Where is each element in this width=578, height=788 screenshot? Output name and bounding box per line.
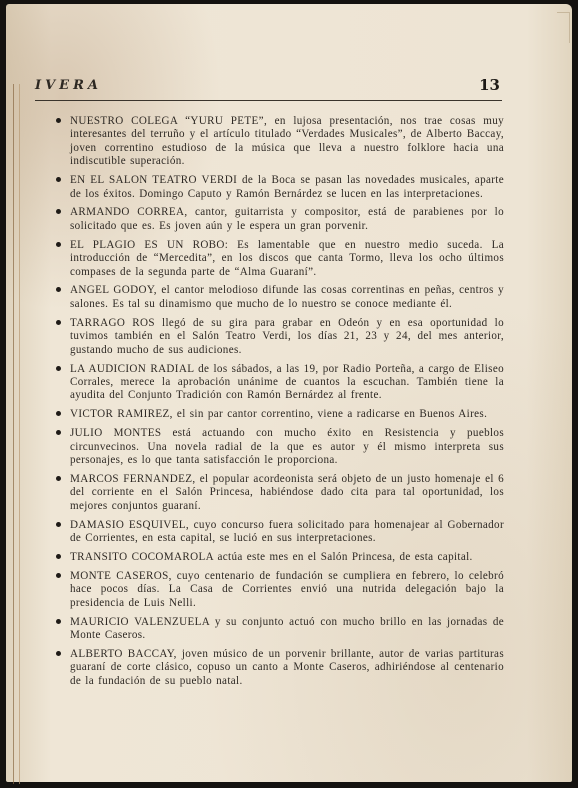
news-item: EL PLAGIO ES UN ROBO: Es lamentable que … [56, 239, 504, 279]
news-item-text: TRANSITO COCOMAROLA actúa este mes en el… [70, 551, 473, 563]
bullet-icon [56, 320, 61, 325]
page-number: 13 [479, 76, 500, 94]
news-item: LA AUDICION RADIAL de los sábados, a las… [56, 363, 504, 403]
bullet-icon [56, 430, 61, 435]
news-item-text: TARRAGO ROS llegó de su gira para grabar… [70, 317, 504, 356]
bullet-icon [56, 366, 61, 371]
bullet-icon [56, 522, 61, 527]
news-item: EN EL SALON TEATRO VERDI de la Boca se p… [56, 174, 504, 201]
news-item-text: ANGEL GODOY, el cantor melodioso difunde… [70, 284, 504, 309]
bullet-icon [56, 554, 61, 559]
news-item: TARRAGO ROS llegó de su gira para grabar… [56, 317, 504, 357]
bullet-icon [56, 287, 61, 292]
news-item-text: JULIO MONTES está actuando con mucho éxi… [70, 427, 504, 466]
news-item-text: VICTOR RAMIREZ, el sin par cantor corren… [70, 408, 487, 420]
bullet-icon [56, 242, 61, 247]
news-item-text: EL PLAGIO ES UN ROBO: Es lamentable que … [70, 239, 504, 278]
bullet-icon [56, 573, 61, 578]
news-item: TRANSITO COCOMAROLA actúa este mes en el… [56, 551, 504, 564]
news-item-text: MAURICIO VALENZUELA y su conjunto actuó … [70, 616, 504, 641]
news-item: DAMASIO ESQUIVEL, cuyo concurso fuera so… [56, 519, 504, 546]
page-spine-edge [13, 84, 20, 784]
news-item-list: NUESTRO COLEGA “YURU PETE”, en lujosa pr… [56, 115, 504, 694]
bullet-icon [56, 476, 61, 481]
news-item: ARMANDO CORREA, cantor, guitarrista y co… [56, 206, 504, 233]
bullet-icon [56, 619, 61, 624]
news-item: NUESTRO COLEGA “YURU PETE”, en lujosa pr… [56, 115, 504, 169]
news-item-text: DAMASIO ESQUIVEL, cuyo concurso fuera so… [70, 519, 504, 544]
news-item: VICTOR RAMIREZ, el sin par cantor corren… [56, 408, 504, 421]
bullet-icon [56, 651, 61, 656]
bullet-icon [56, 411, 61, 416]
news-item-text: MONTE CASEROS, cuyo centenario de fundac… [70, 570, 504, 609]
running-header: IVERA 13 [35, 76, 502, 101]
bullet-icon [56, 209, 61, 214]
bullet-icon [56, 177, 61, 182]
news-item: JULIO MONTES está actuando con mucho éxi… [56, 427, 504, 467]
news-item: ALBERTO BACCAY, joven músico de un porve… [56, 648, 504, 688]
news-item-text: LA AUDICION RADIAL de los sábados, a las… [70, 363, 504, 402]
document-page: IVERA 13 NUESTRO COLEGA “YURU PETE”, en … [6, 4, 572, 782]
page-corner-fold [557, 12, 570, 43]
news-item-text: EN EL SALON TEATRO VERDI de la Boca se p… [70, 174, 504, 199]
news-item: MONTE CASEROS, cuyo centenario de fundac… [56, 570, 504, 610]
news-item-text: ALBERTO BACCAY, joven músico de un porve… [70, 648, 504, 687]
news-item-text: MARCOS FERNANDEZ, el popular acordeonist… [70, 473, 504, 512]
news-item: MAURICIO VALENZUELA y su conjunto actuó … [56, 616, 504, 643]
news-item-text: ARMANDO CORREA, cantor, guitarrista y co… [70, 206, 504, 231]
news-item: ANGEL GODOY, el cantor melodioso difunde… [56, 284, 504, 311]
bullet-icon [56, 118, 61, 123]
header-title: IVERA [35, 78, 102, 93]
news-item: MARCOS FERNANDEZ, el popular acordeonist… [56, 473, 504, 513]
news-item-text: NUESTRO COLEGA “YURU PETE”, en lujosa pr… [70, 115, 504, 167]
